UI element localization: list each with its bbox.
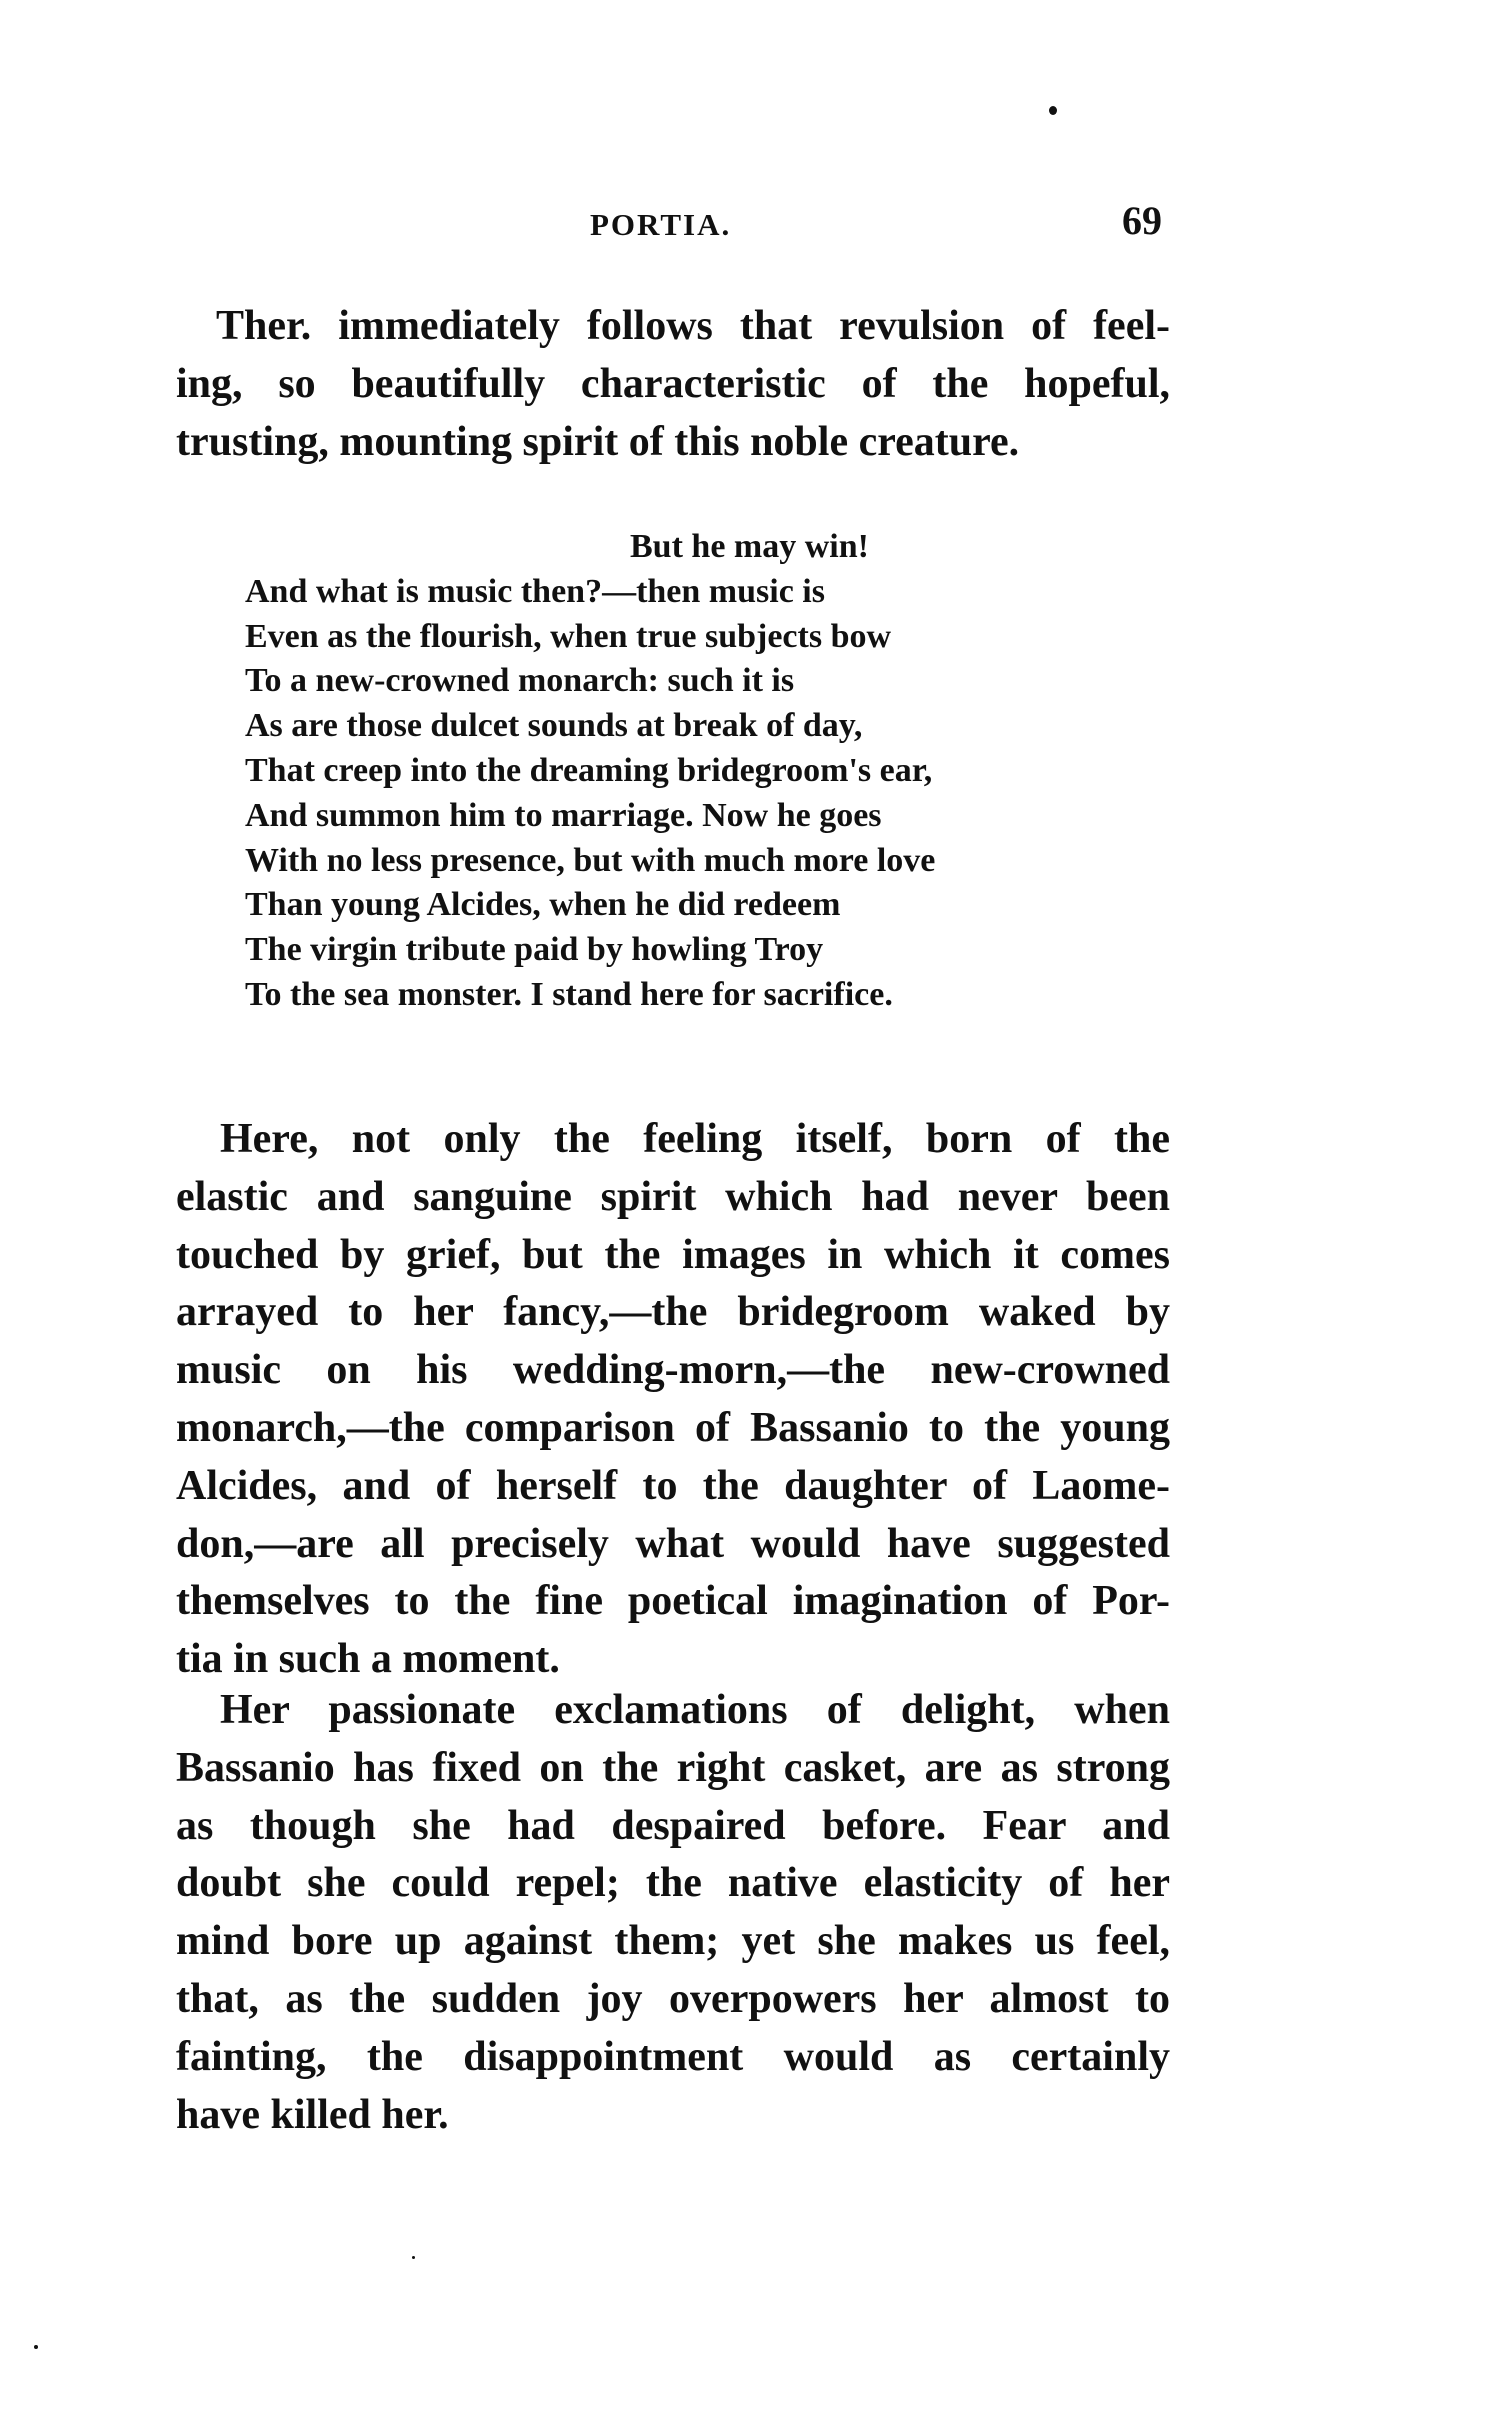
text-line: Here, not only the feeling itself, born … (176, 1111, 1170, 1169)
ink-speck (1049, 106, 1057, 115)
text-line: fainting, the disappointment would as ce… (176, 2029, 1170, 2087)
verse-line: With no less presence, but with much mor… (245, 839, 1145, 884)
text-line: that, as the sudden joy overpowers her a… (176, 1971, 1170, 2029)
verse-line: The virgin tribute paid by howling Troy (245, 928, 1145, 973)
text-line: arrayed to her fancy,—the bridegroom wak… (176, 1284, 1170, 1342)
text-line: trusting, mounting spirit of this noble … (176, 414, 1170, 472)
verse-line: That creep into the dreaming bridegroom'… (245, 749, 1145, 794)
running-title: PORTIA. (590, 205, 731, 245)
text-line: music on his wedding-morn,—the new-crown… (176, 1342, 1170, 1400)
verse-line: And what is music then?—then music is (245, 570, 1145, 615)
book-page: PORTIA. 69 Ther. immediately follows tha… (0, 0, 1509, 2431)
text-line: mind bore up against them; yet she makes… (176, 1913, 1170, 1971)
text-line: themselves to the fine poetical imaginat… (176, 1573, 1170, 1631)
text-line: Alcides, and of herself to the daughter … (176, 1458, 1170, 1516)
text-line: Her passionate exclamations of delight, … (176, 1682, 1170, 1740)
text-line: as though she had despaired before. Fear… (176, 1798, 1170, 1856)
verse-line: To a new-crowned monarch: such it is (245, 659, 1145, 704)
paragraph-1: Ther. immediately follows that revulsion… (176, 298, 1170, 471)
text-line: ing, so beautifully characteristic of th… (176, 356, 1170, 414)
text-line: Bassanio has fixed on the right casket, … (176, 1740, 1170, 1798)
text-line: monarch,—the comparison of Bassanio to t… (176, 1400, 1170, 1458)
verse-line: Even as the flourish, when true subjects… (245, 615, 1145, 660)
verse-line: To the sea monster. I stand here for sac… (245, 973, 1145, 1018)
text-line: Ther. immediately follows that revulsion… (176, 298, 1170, 356)
text-line: tia in such a moment. (176, 1631, 1170, 1689)
paragraph-3: Her passionate exclamations of delight, … (176, 1682, 1170, 2144)
verse-line: Than young Alcides, when he did redeem (245, 883, 1145, 928)
text-line: touched by grief, but the images in whic… (176, 1227, 1170, 1285)
text-line: don,—are all precisely what would have s… (176, 1516, 1170, 1574)
verse-line: As are those dulcet sounds at break of d… (245, 704, 1145, 749)
ink-speck (412, 2256, 415, 2259)
verse-line: But he may win! (245, 525, 1145, 570)
page-number: 69 (1122, 199, 1162, 243)
verse-quotation: But he may win! And what is music then?—… (245, 525, 1145, 1018)
text-line: doubt she could repel; the native elasti… (176, 1855, 1170, 1913)
verse-line: And summon him to marriage. Now he goes (245, 794, 1145, 839)
running-head: PORTIA. 69 (176, 205, 1170, 245)
text-line: elastic and sanguine spirit which had ne… (176, 1169, 1170, 1227)
ink-speck (34, 2345, 38, 2349)
text-line: have killed her. (176, 2087, 1170, 2145)
paragraph-2: Here, not only the feeling itself, born … (176, 1111, 1170, 1689)
